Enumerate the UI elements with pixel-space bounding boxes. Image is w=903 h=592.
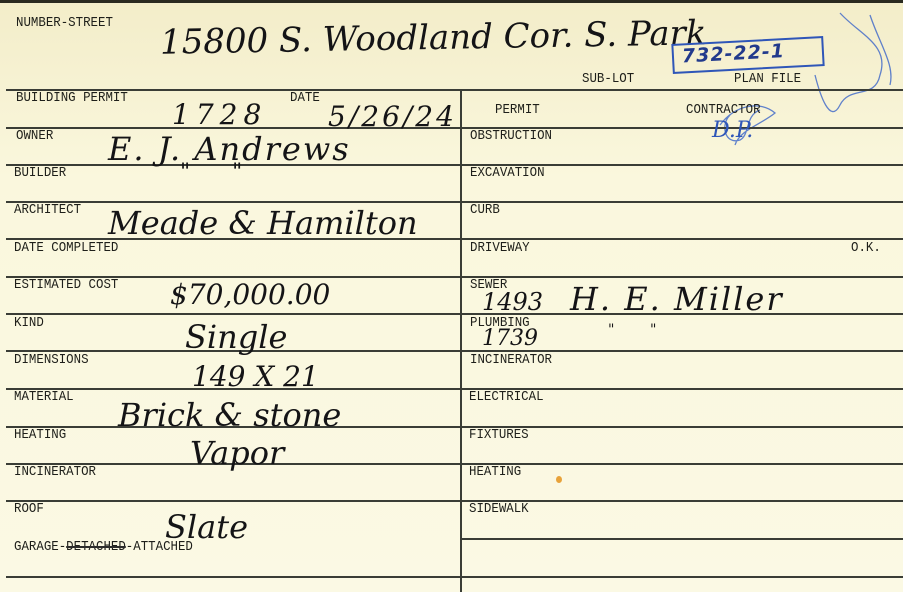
builder-label: BUILDER	[14, 166, 66, 181]
rule-line	[6, 276, 903, 278]
paper-stain	[556, 476, 562, 483]
driveway-ok-note: O.K.	[851, 241, 881, 256]
sewer-permit-number: 1493	[482, 288, 543, 316]
rule-line	[6, 463, 903, 465]
garage-detached-struck: DETACHED	[66, 540, 126, 555]
estimated-cost-value: $70,000.00	[170, 278, 330, 311]
building-permit-label: BUILDING PERMIT	[16, 91, 128, 106]
building-permit-number: 1728	[172, 98, 267, 131]
sidewalk-label: SIDEWALK	[469, 502, 529, 517]
roof-value: Slate	[165, 508, 248, 546]
permit-column-label: PERMIT	[495, 103, 540, 118]
owner-label: OWNER	[16, 129, 53, 144]
driveway-label: DRIVEWAY	[470, 241, 530, 256]
dimensions-value: 149 X 21	[192, 360, 319, 393]
number-street-value: 15800 S. Woodland Cor. S. Park	[160, 13, 707, 63]
rule-line	[6, 350, 903, 352]
heating-permit-label: HEATING	[469, 465, 521, 480]
rule-line	[6, 576, 903, 578]
architect-value: Meade & Hamilton	[108, 204, 418, 242]
obstruction-label: OBSTRUCTION	[470, 129, 552, 144]
plumbing-permit-number: 1739	[482, 326, 538, 351]
rule-line	[6, 500, 903, 502]
contractor-initials: D.P.	[712, 118, 753, 143]
incinerator-permit-label: INCINERATOR	[470, 353, 552, 368]
heating-value: Vapor	[190, 434, 284, 472]
builder-value: " "	[180, 160, 242, 185]
plumbing-contractor: " "	[608, 322, 656, 338]
rule-line	[6, 89, 903, 91]
kind-value: Single	[185, 318, 287, 356]
permit-card: NUMBER-STREET 15800 S. Woodland Cor. S. …	[0, 0, 903, 592]
material-value: Brick & stone	[118, 396, 341, 434]
sewer-contractor: H. E. Miller	[570, 280, 784, 318]
fixtures-label: FIXTURES	[469, 428, 529, 443]
incinerator-label: INCINERATOR	[14, 465, 96, 480]
date-label: DATE	[290, 91, 320, 106]
column-divider	[460, 89, 462, 592]
sub-lot-label: SUB-LOT	[582, 72, 634, 87]
kind-label: KIND	[14, 316, 44, 331]
contractor-column-label: CONTRACTOR	[686, 103, 761, 118]
rule-line	[6, 201, 903, 203]
architect-label: ARCHITECT	[14, 203, 81, 218]
permit-date: 5/26/24	[328, 100, 457, 133]
rule-line	[460, 538, 903, 540]
material-label: MATERIAL	[14, 390, 74, 405]
heating-label: HEATING	[14, 428, 66, 443]
estimated-cost-label: ESTIMATED COST	[14, 278, 118, 293]
dimensions-label: DIMENSIONS	[14, 353, 89, 368]
electrical-label: ELECTRICAL	[469, 390, 544, 405]
rule-line	[6, 388, 903, 390]
roof-label: ROOF	[14, 502, 44, 517]
card-top-edge	[0, 0, 903, 3]
number-street-label: NUMBER-STREET	[16, 16, 113, 31]
date-completed-label: DATE COMPLETED	[14, 241, 118, 256]
excavation-label: EXCAVATION	[470, 166, 545, 181]
curb-label: CURB	[470, 203, 500, 218]
